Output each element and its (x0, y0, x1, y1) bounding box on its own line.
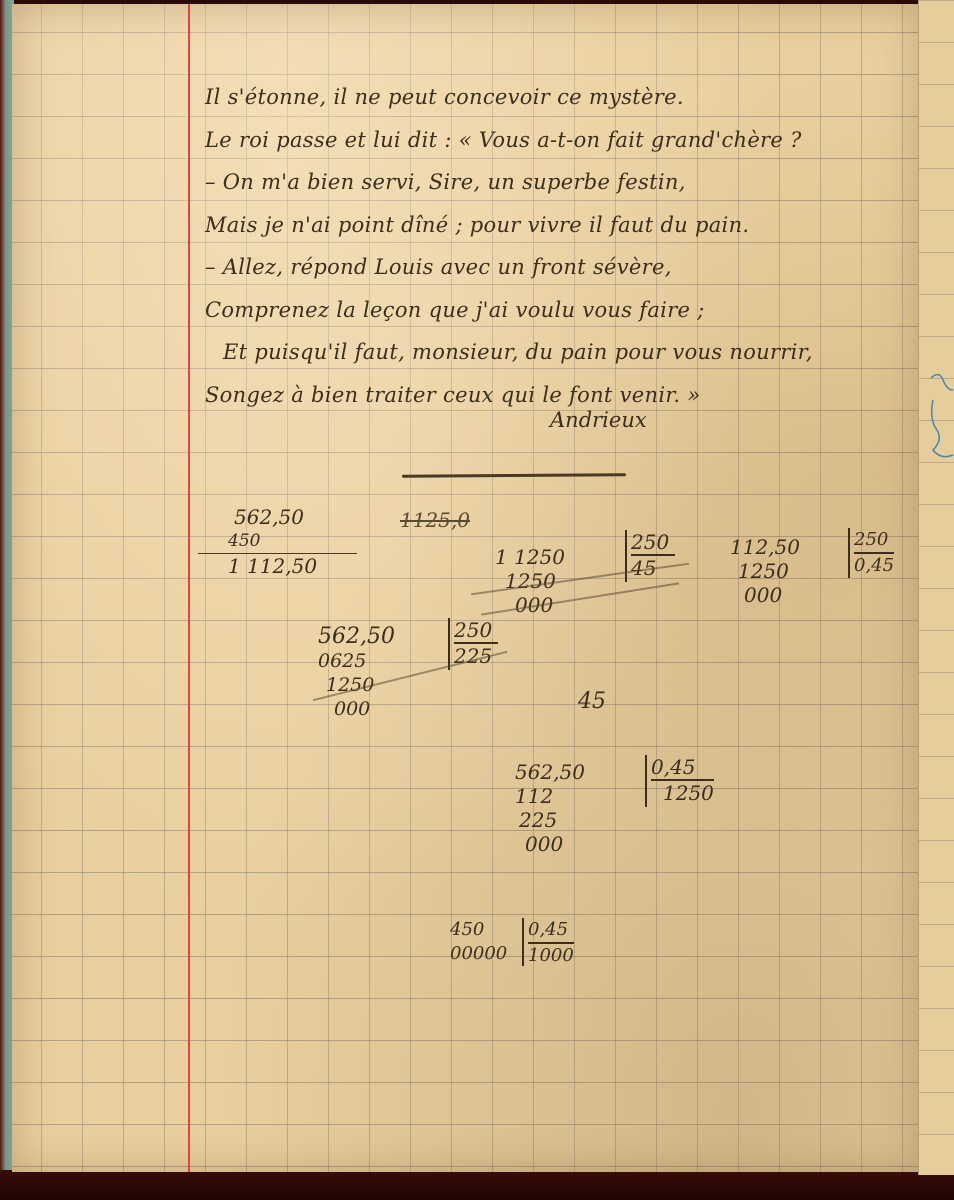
division-3-dividend: 562,50 (318, 625, 395, 649)
division-4-divisor: 0,45 (651, 755, 714, 781)
poem-line-2: Le roi passe et lui dit : « Vous a-t-on … (205, 119, 935, 162)
division-3-step-1: 0625 (318, 649, 395, 673)
division-4: 562,50 112 225 000 (515, 760, 585, 856)
author-signature: Andrieux (550, 408, 647, 432)
addition-top: 562,50 (228, 505, 357, 529)
division-2-step-2: 000 (730, 583, 800, 607)
division-4-step-1: 112 (515, 784, 585, 808)
poem-text: Il s'étonne, il ne peut concevoir ce mys… (205, 76, 935, 416)
poem-line-5: – Allez, répond Louis avec un front sévè… (205, 246, 935, 289)
division-2-box: 250 0,45 (848, 528, 894, 578)
division-5-dividend: 450 (450, 918, 507, 942)
division-4-step-2: 225 (515, 808, 585, 832)
division-3-box: 250 225 (448, 618, 498, 670)
addition-result: 1 112,50 (198, 553, 357, 578)
division-1-dividend: 1 1250 (495, 545, 565, 569)
division-2: 112,50 1250 000 (730, 535, 800, 607)
division-2-divisor: 250 (854, 528, 894, 554)
poem-line-6: Comprenez la leçon que j'ai voulu vous f… (205, 289, 935, 332)
division-5: 450 00000 (450, 918, 507, 966)
division-3: 562,50 0625 1250 000 (318, 625, 395, 721)
division-4-box: 0,45 1250 (645, 755, 714, 807)
division-3-step-3: 000 (318, 697, 395, 721)
division-5-step-1: 00000 (450, 942, 507, 966)
division-5-box: 0,45 1000 (522, 918, 574, 966)
addition-middle: 450 (228, 529, 357, 553)
division-2-step-1: 1250 (730, 559, 800, 583)
addition-calc: 562,50 450 1 112,50 (228, 505, 357, 578)
crossed-out-number: 1125,0 (400, 508, 470, 532)
note-45: 45 (578, 690, 606, 714)
poem-line-3: – On m'a bien servi, Sire, un superbe fe… (205, 161, 935, 204)
division-5-quotient: 1000 (528, 944, 574, 968)
red-margin-line (188, 4, 190, 1172)
division-4-step-3: 000 (515, 832, 585, 856)
division-1-divisor: 250 (631, 530, 675, 556)
poem-line-1: Il s'étonne, il ne peut concevoir ce mys… (205, 76, 935, 119)
division-2-quotient: 0,45 (854, 554, 894, 578)
division-5-divisor: 0,45 (528, 918, 574, 944)
division-3-divisor: 250 (454, 618, 498, 644)
poem-line-4: Mais je n'ai point dîné ; pour vivre il … (205, 204, 935, 247)
poem-line-7: Et puisqu'il faut, monsieur, du pain pou… (205, 331, 935, 374)
division-4-quotient: 1250 (651, 781, 714, 805)
division-1-box: 250 45 (625, 530, 675, 582)
division-2-dividend: 112,50 (730, 535, 800, 559)
notebook-cover-bottom (0, 1170, 954, 1200)
division-4-dividend: 562,50 (515, 760, 585, 784)
division-3-step-2: 1250 (318, 673, 395, 697)
